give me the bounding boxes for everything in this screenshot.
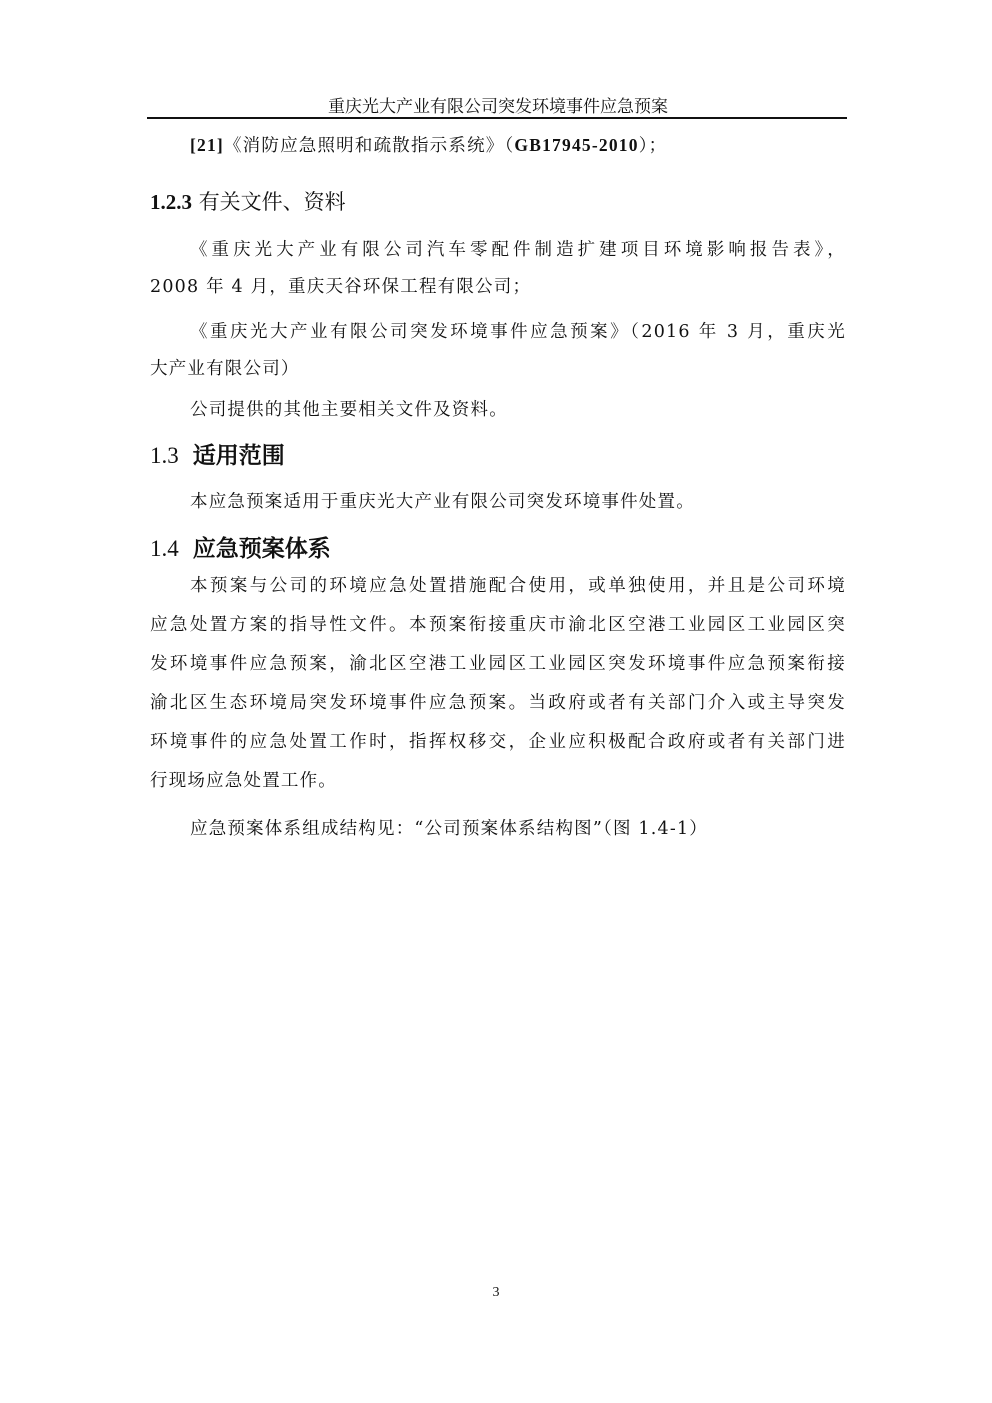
- paragraph-doc3: 公司提供的其他主要相关文件及资料。: [190, 396, 846, 421]
- reference-tail: ）；: [639, 136, 668, 156]
- paragraph-scope: 本应急预案适用于重庆光大产业有限公司突发环境事件处置。: [190, 488, 846, 513]
- paragraph-doc2-line2: 大产业有限公司）: [150, 355, 846, 380]
- reference-number: [21]: [190, 135, 224, 155]
- heading-title: 应急预案体系: [193, 536, 331, 562]
- paragraph-doc1-line1: 《重庆光大产业有限公司汽车零配件制造扩建项目环境影响报告表》，: [190, 236, 846, 261]
- document-page: 重庆光大产业有限公司突发环境事件应急预案 [21]《消防应急照明和疏散指示系统》…: [0, 0, 992, 1403]
- paragraph-system-line1: 本预案与公司的环境应急处置措施配合使用，或单独使用，并且是公司环境: [190, 572, 846, 597]
- header-rule: [147, 117, 847, 119]
- heading-number: 1.2.3: [150, 190, 192, 214]
- heading-number: 1.3: [150, 443, 179, 468]
- figure-reference: 应急预案体系组成结构见：“公司预案体系结构图”（图 1.4-1）: [190, 815, 846, 840]
- reference-text: 《消防应急照明和疏散指示系统》（: [224, 136, 514, 156]
- paragraph-system-line4: 渝北区生态环境局突发环境事件应急预案。当政府或者有关部门介入或主导突发: [150, 689, 846, 714]
- paragraph-system-line6: 行现场应急处置工作。: [150, 767, 846, 792]
- heading-1-3: 1.3适用范围: [150, 437, 285, 470]
- paragraph-system-line3: 发环境事件应急预案，渝北区空港工业园区工业园区突发环境事件应急预案衔接: [150, 650, 846, 675]
- reference-code: GB17945-2010: [514, 135, 638, 155]
- paragraph-doc2-line1: 《重庆光大产业有限公司突发环境事件应急预案》（2016 年 3 月，重庆光: [190, 318, 846, 343]
- heading-title: 有关文件、资料: [199, 190, 346, 214]
- page-number: 3: [486, 1285, 506, 1301]
- running-header: 重庆光大产业有限公司突发环境事件应急预案: [150, 92, 846, 117]
- heading-1-4: 1.4应急预案体系: [150, 530, 331, 563]
- paragraph-system-line2: 应急处置方案的指导性文件。本预案衔接重庆市渝北区空港工业园区工业园区突: [150, 611, 846, 636]
- paragraph-system-line5: 环境事件的应急处置工作时，指挥权移交，企业应积极配合政府或者有关部门进: [150, 728, 846, 753]
- heading-title: 适用范围: [193, 443, 285, 469]
- reference-item-21: [21]《消防应急照明和疏散指示系统》（GB17945-2010）；: [190, 132, 846, 157]
- paragraph-doc1-line2: 2008 年 4 月，重庆天谷环保工程有限公司；: [150, 273, 846, 298]
- heading-1-2-3: 1.2.3 有关文件、资料: [150, 186, 346, 216]
- heading-number: 1.4: [150, 536, 179, 561]
